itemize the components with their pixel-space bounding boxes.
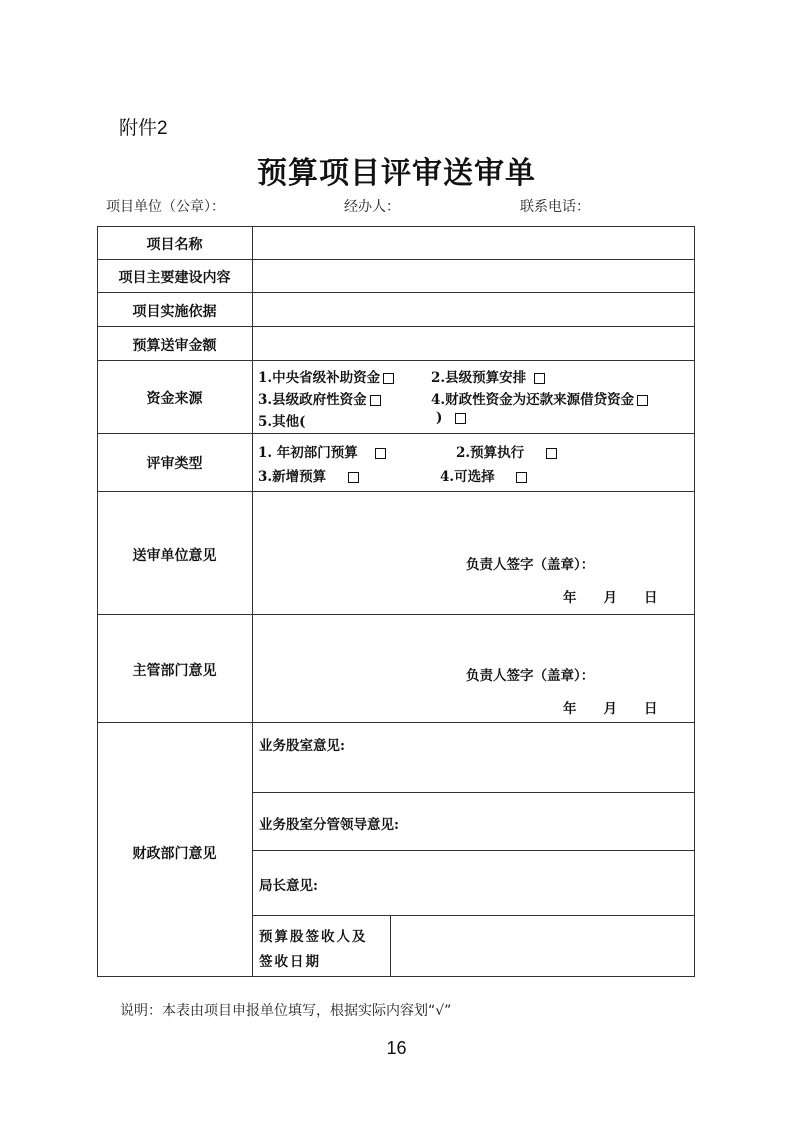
checkbox[interactable] bbox=[375, 448, 386, 459]
row-divider bbox=[97, 491, 695, 492]
fund-option-4[interactable]: 4.财政性资金为还款来源借贷资金 bbox=[431, 388, 648, 408]
basis-field[interactable] bbox=[254, 294, 694, 325]
checkbox[interactable] bbox=[637, 395, 648, 406]
handler-field-label: 经办人： bbox=[344, 196, 400, 216]
checkbox[interactable] bbox=[383, 373, 394, 384]
review-option-4[interactable]: 4.可选择 bbox=[440, 465, 527, 485]
label-supervisor-opinion: 主管部门意见 bbox=[97, 660, 252, 680]
section-opinion-label: 业务股室意见: bbox=[259, 734, 345, 754]
column-divider bbox=[252, 226, 253, 977]
submitter-sign-label: 负责人签字（盖章）： bbox=[466, 553, 594, 573]
row-divider bbox=[97, 433, 695, 434]
checkbox[interactable] bbox=[348, 472, 359, 483]
checkbox[interactable] bbox=[455, 413, 466, 424]
unit-field-label: 项目单位（公章）： bbox=[106, 196, 225, 216]
label-project-name: 项目名称 bbox=[97, 234, 252, 254]
main-content-field[interactable] bbox=[254, 261, 694, 291]
row-divider bbox=[97, 360, 695, 361]
submitter-opinion-field[interactable] bbox=[254, 493, 694, 543]
label-main-content: 项目主要建设内容 bbox=[97, 267, 252, 287]
supervisor-opinion-field[interactable] bbox=[254, 616, 694, 656]
label-amount: 预算送审金额 bbox=[97, 335, 252, 355]
project-name-field[interactable] bbox=[254, 228, 694, 258]
page-number: 16 bbox=[0, 1038, 793, 1059]
row-divider bbox=[252, 792, 695, 793]
attachment-label: 附件2 bbox=[119, 113, 168, 140]
amount-field[interactable] bbox=[254, 328, 694, 359]
checkbox[interactable] bbox=[370, 395, 381, 406]
review-option-1[interactable]: 1. 年初部门预算 bbox=[258, 441, 386, 461]
row-divider bbox=[97, 259, 695, 260]
checkbox[interactable] bbox=[546, 448, 557, 459]
label-submitter-opinion: 送审单位意见 bbox=[97, 545, 252, 565]
label-fund-source: 资金来源 bbox=[97, 388, 252, 408]
fund-option-5-close[interactable]: ) bbox=[436, 410, 466, 426]
row-divider bbox=[97, 326, 695, 327]
column-divider bbox=[390, 915, 391, 977]
row-divider bbox=[252, 850, 695, 851]
supervisor-date-label: 年 月 日 bbox=[563, 697, 658, 717]
submitter-date-label: 年 月 日 bbox=[563, 586, 658, 606]
row-divider bbox=[97, 614, 695, 615]
fund-option-3[interactable]: 3.县级政府性资金 bbox=[258, 388, 381, 408]
review-option-2[interactable]: 2.预算执行 bbox=[456, 441, 557, 461]
checkbox[interactable] bbox=[516, 472, 527, 483]
fund-option-1[interactable]: 1.中央省级补助资金 bbox=[258, 366, 394, 386]
label-review-type: 评审类型 bbox=[97, 453, 252, 473]
fund-option-2[interactable]: 2.县级预算安排 bbox=[431, 366, 545, 386]
leader-opinion-label: 业务股室分管领导意见: bbox=[259, 813, 399, 833]
page-title: 预算项目评审送审单 bbox=[0, 148, 793, 192]
row-divider bbox=[97, 722, 695, 723]
footnote: 说明：本表由项目申报单位填写，根据实际内容划“√” bbox=[120, 1000, 451, 1020]
phone-field-label: 联系电话： bbox=[520, 196, 590, 216]
checkbox[interactable] bbox=[534, 373, 545, 384]
fund-option-5[interactable]: 5.其他( bbox=[258, 410, 305, 430]
review-option-3[interactable]: 3.新增预算 bbox=[258, 465, 359, 485]
receipt-label-line2: 签收日期 bbox=[259, 950, 321, 970]
label-basis: 项目实施依据 bbox=[97, 301, 252, 321]
supervisor-sign-label: 负责人签字（盖章）： bbox=[466, 664, 594, 684]
director-opinion-label: 局长意见: bbox=[259, 874, 318, 894]
label-finance-opinion: 财政部门意见 bbox=[97, 843, 252, 863]
row-divider bbox=[97, 292, 695, 293]
receipt-field[interactable] bbox=[392, 917, 694, 975]
row-divider bbox=[252, 915, 695, 916]
receipt-label-line1: 预算股签收人及 bbox=[259, 925, 368, 945]
